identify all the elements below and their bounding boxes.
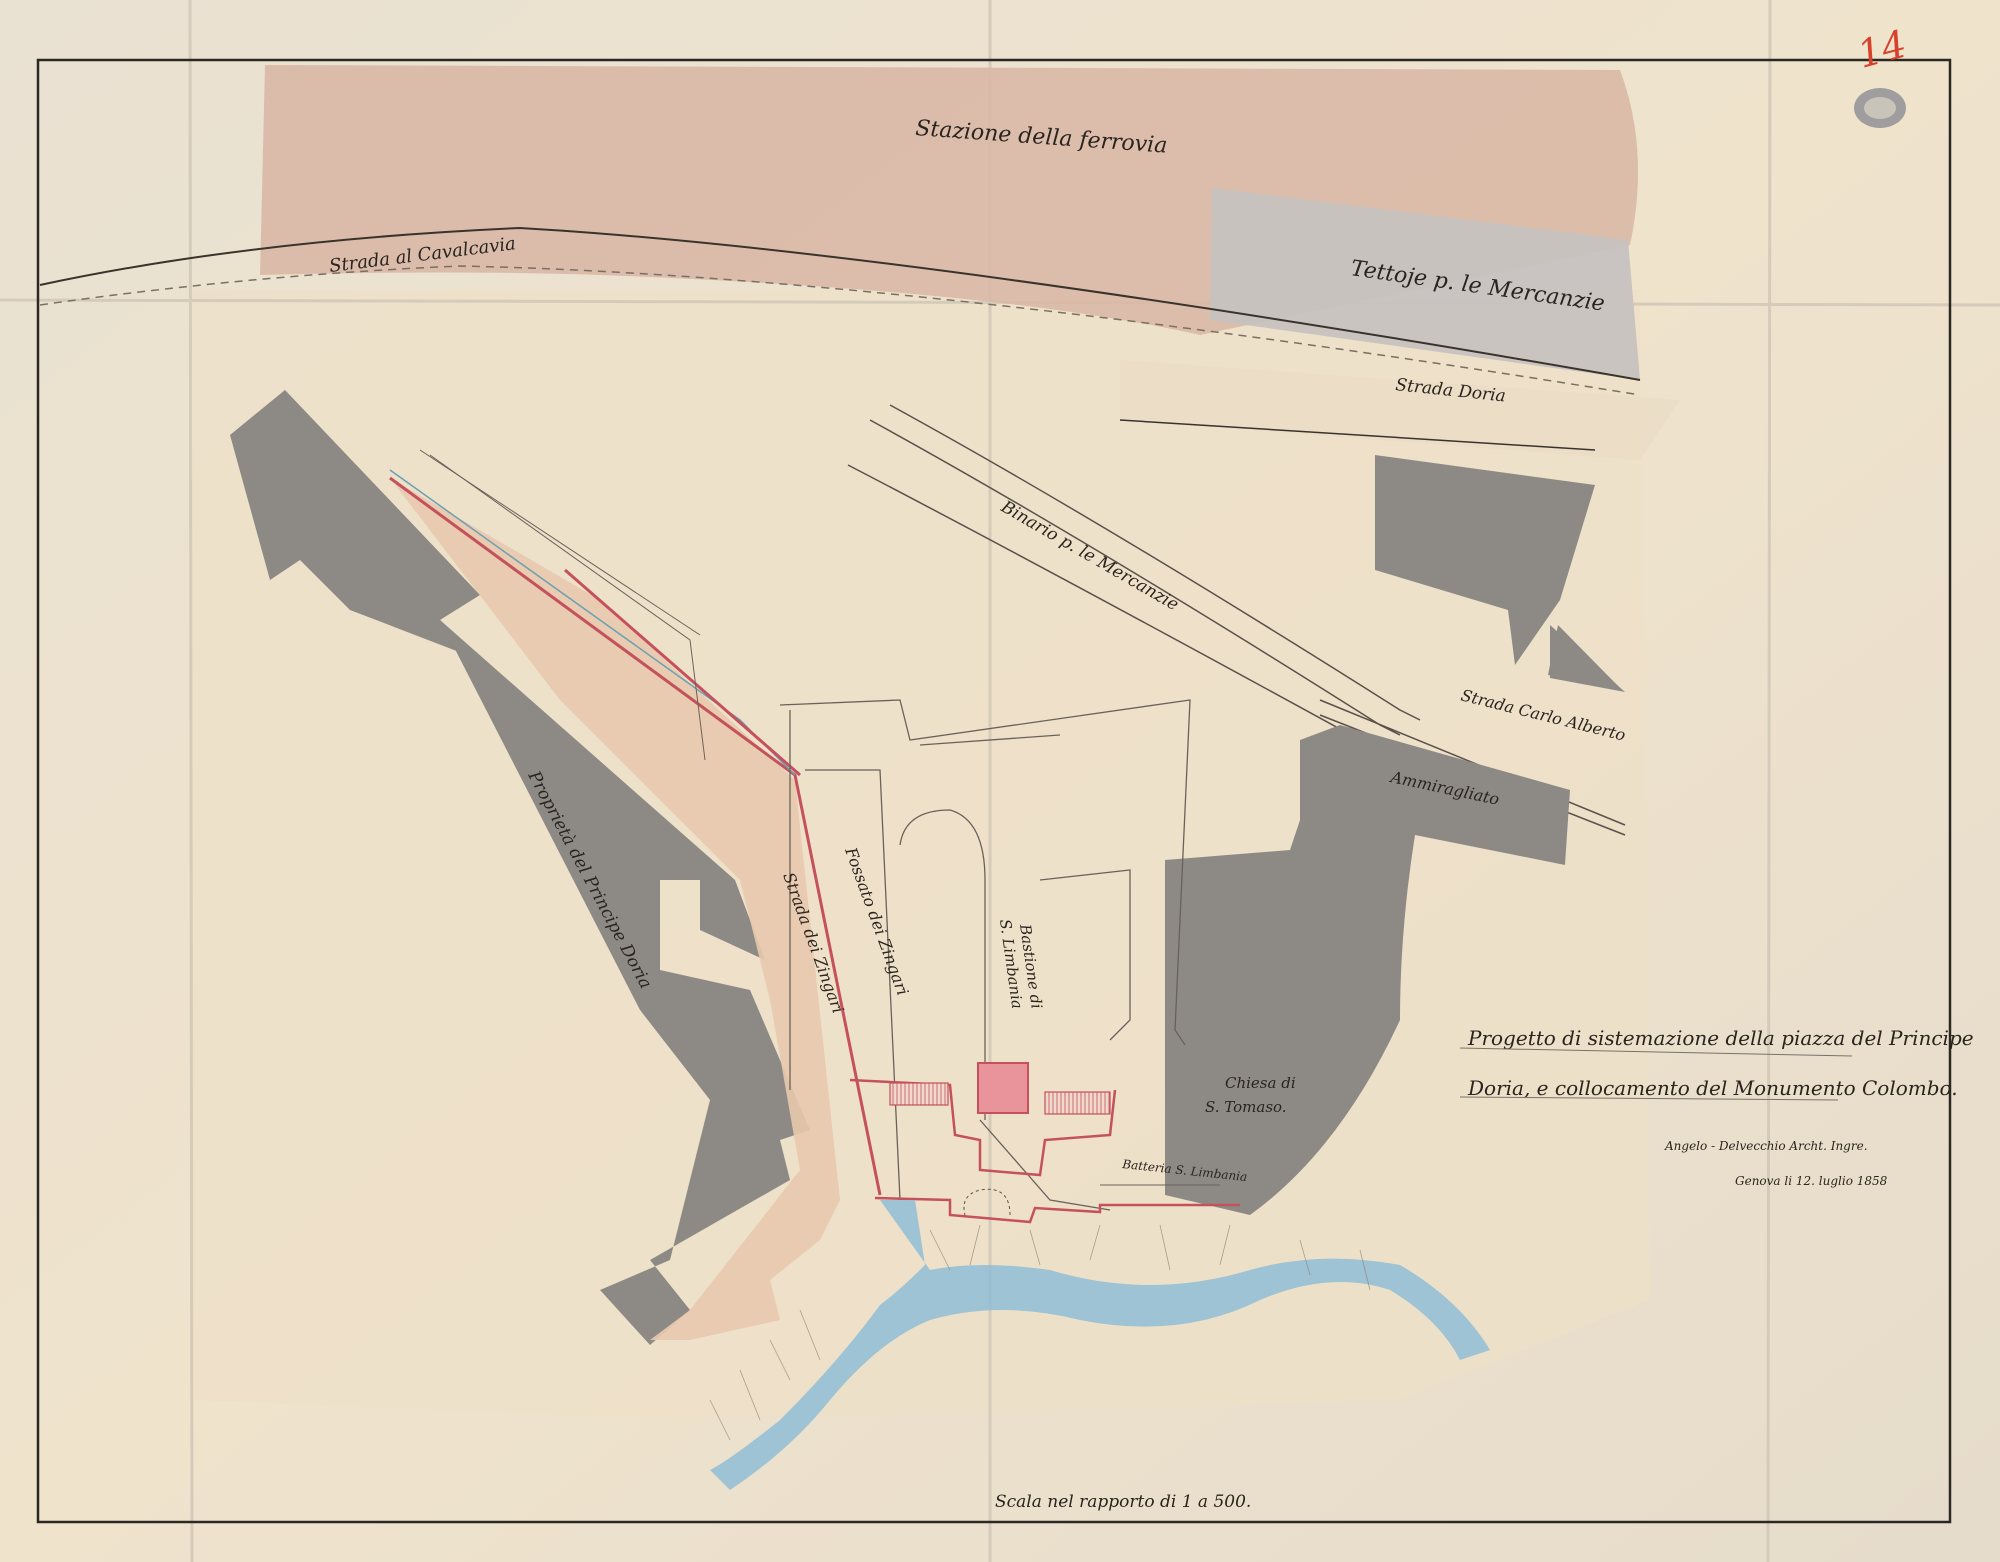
steps-east [1045, 1092, 1110, 1114]
map-canvas: Stazione della ferrovia Strada al Cavalc… [0, 0, 2000, 1562]
archive-stamp-icon [1854, 88, 1906, 128]
title-line-2: Doria, e collocamento del Monumento Colo… [1467, 1076, 1958, 1100]
title-line-1: Progetto di sistemazione della piazza de… [1467, 1026, 1974, 1050]
label-chiesa-1: Chiesa di [1225, 1074, 1296, 1092]
colombo-monument [978, 1063, 1028, 1113]
scale-note: Scala nel rapporto di 1 a 500. [995, 1492, 1251, 1512]
place-date: Genova li 12. luglio 1858 [1735, 1174, 1888, 1188]
author-signature: Angelo - Delvecchio Archt. Ingre. [1664, 1139, 1868, 1153]
label-chiesa-2: S. Tomaso. [1205, 1098, 1287, 1116]
steps-west [890, 1083, 948, 1105]
map-sheet: Stazione della ferrovia Strada al Cavalc… [0, 0, 2000, 1562]
